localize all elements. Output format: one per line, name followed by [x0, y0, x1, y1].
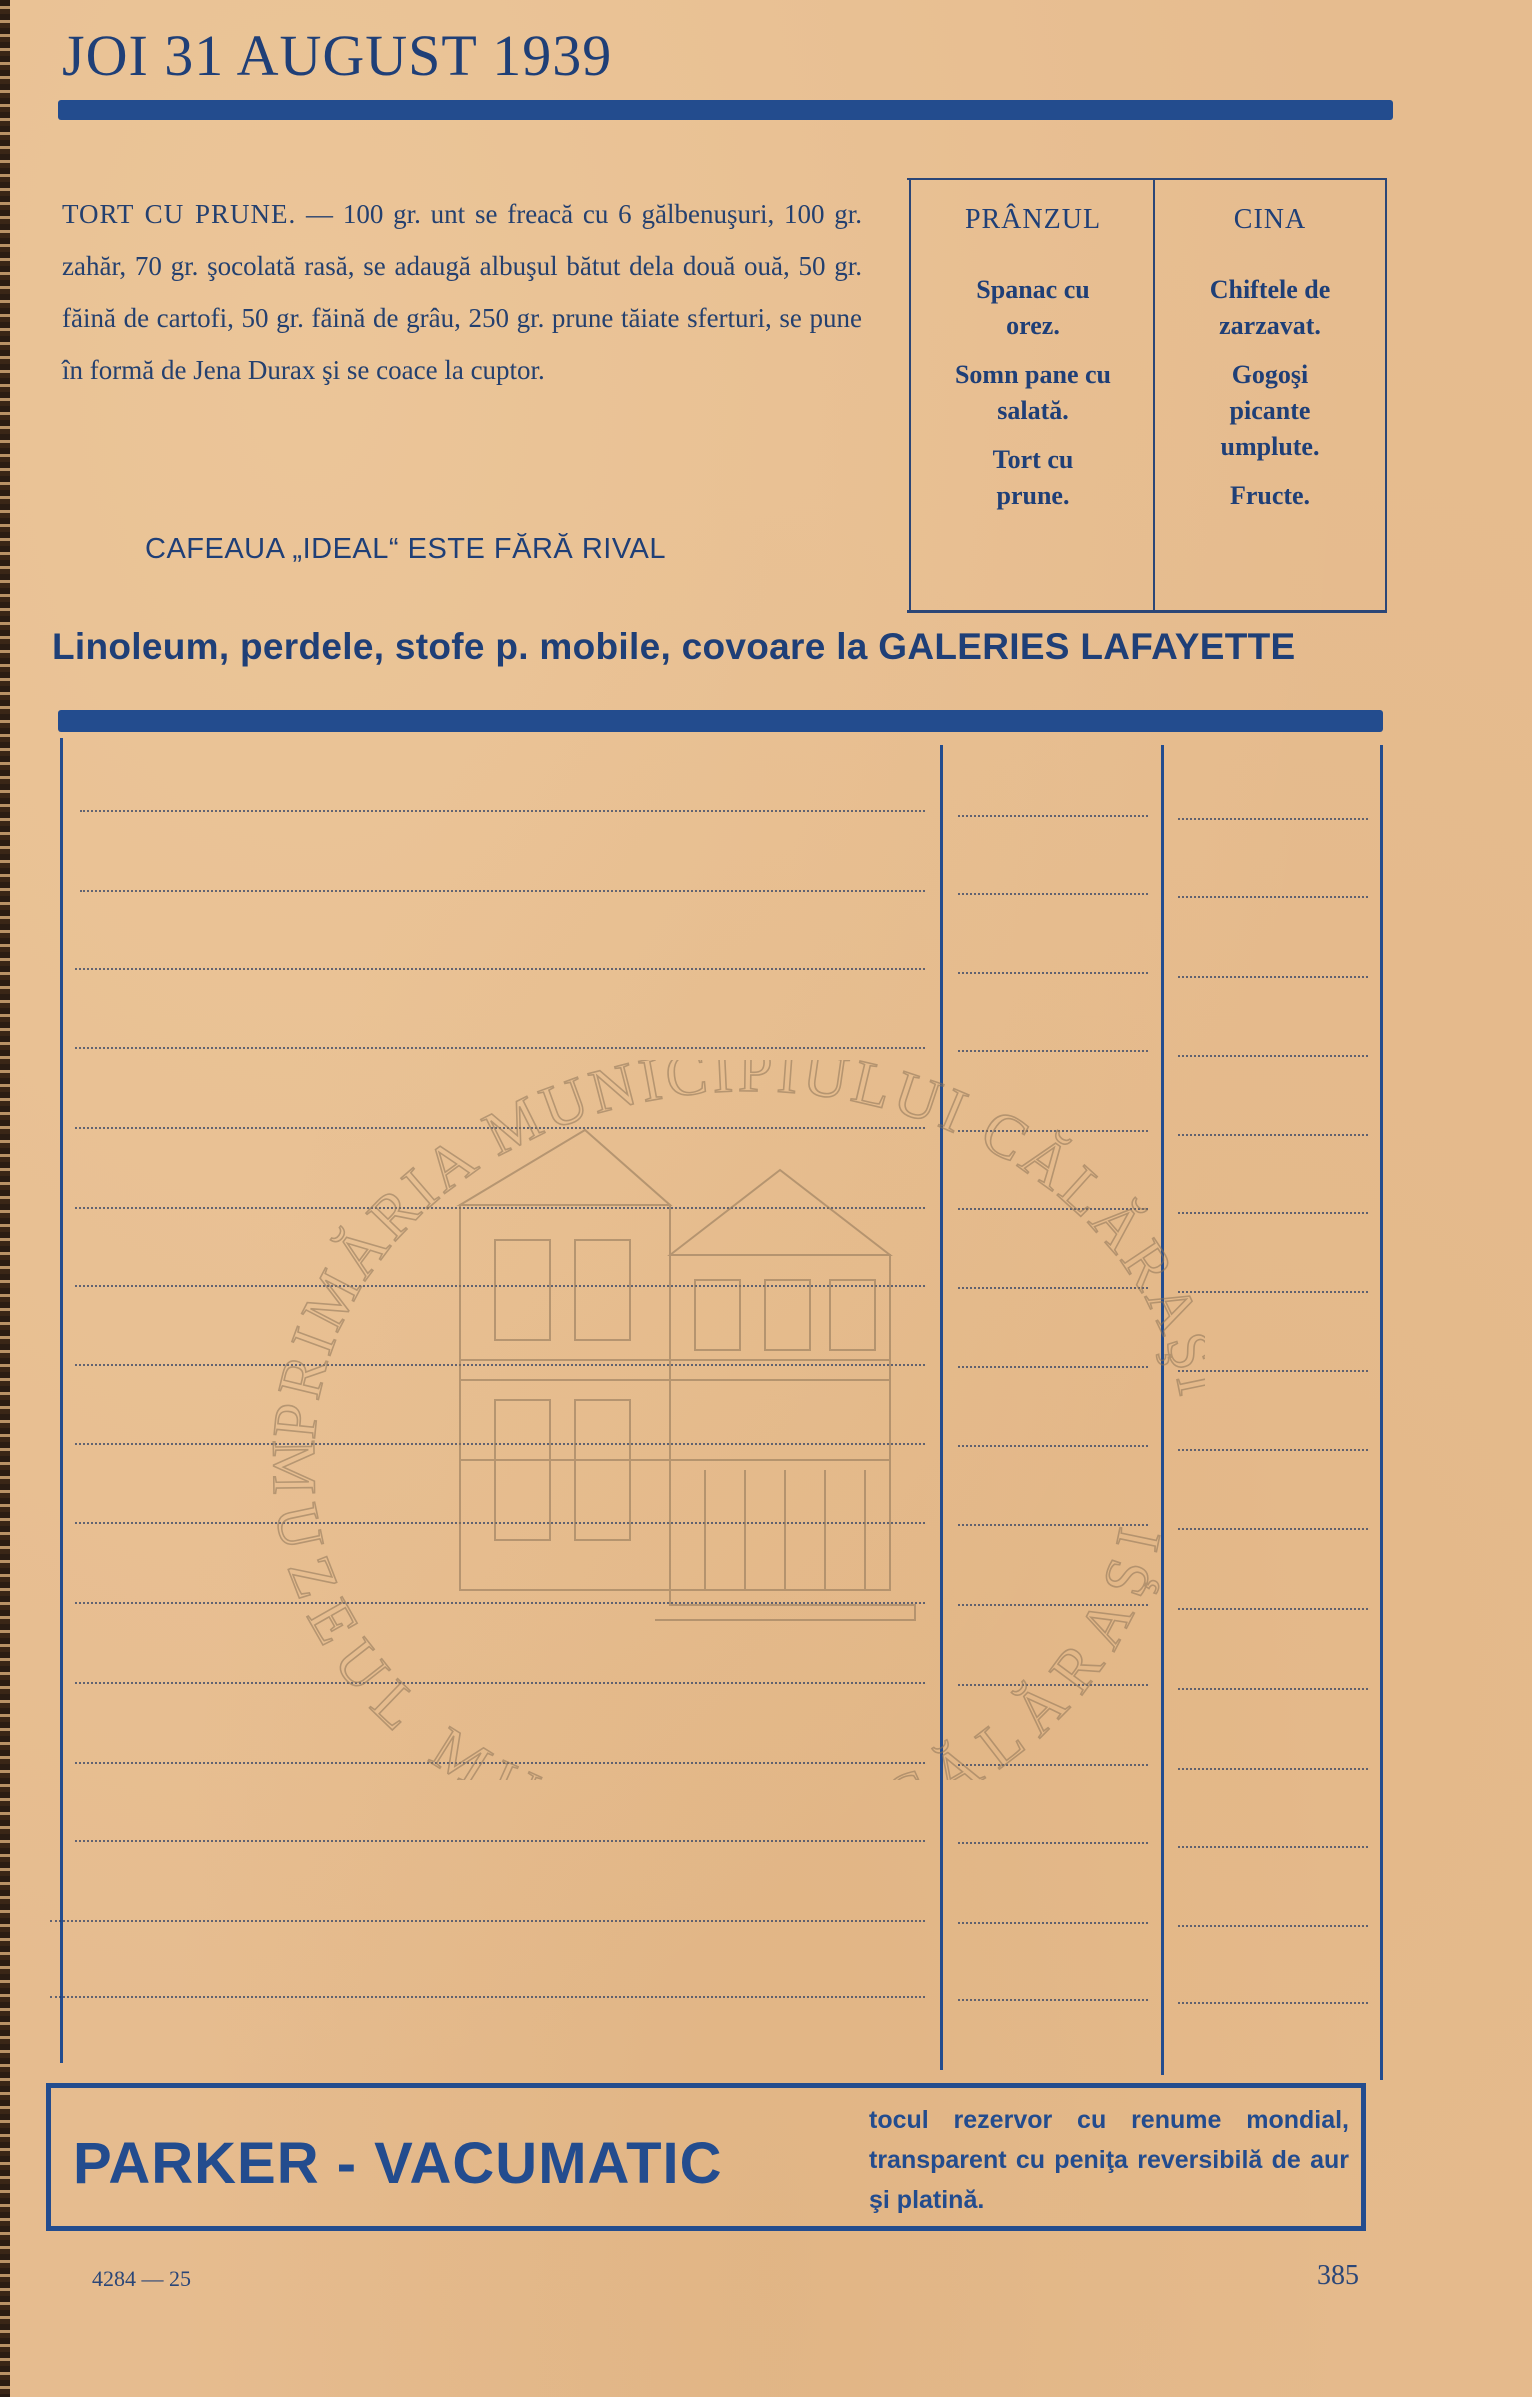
ledger-line [1178, 976, 1368, 978]
ledger-line [1178, 1291, 1368, 1293]
page-number: 385 [1317, 2260, 1359, 2292]
building-icon [460, 1130, 915, 1620]
stamp-top-text: PRIMĂRIA MUNICIPIULUI CĂLĂRAŞI [261, 1060, 1205, 1441]
lunch-dish: Tort cu prune. [917, 442, 1149, 514]
ledger-line [1178, 1768, 1368, 1770]
book-binding-edge [0, 0, 10, 2397]
lafayette-advertisement: Linoleum, perdele, stofe p. mobile, covo… [52, 626, 1296, 668]
ledger-line [80, 810, 925, 812]
menu-divider [1153, 180, 1155, 610]
embossed-museum-stamp: PRIMĂRIA MUNICIPIULUI CĂLĂRAŞI MUZEUL MU… [255, 1060, 1205, 1780]
menu-left-border [909, 180, 911, 610]
parker-advertisement: PARKER - VACUMATIC tocul rezervor cu ren… [46, 2083, 1366, 2231]
parker-brand-title: PARKER - VACUMATIC [73, 2130, 723, 2197]
ledger-line [1178, 1846, 1368, 1848]
stamp-bottom-text: MUZEUL MUNICIPAL CĂLĂRAŞI [259, 1439, 1177, 1780]
ledger-top-rule [58, 710, 1383, 732]
ledger-line [1178, 1925, 1368, 1927]
ledger-line [1178, 896, 1368, 898]
svg-text:MUZEUL MUNICIPAL CĂLĂRAŞI: MUZEUL MUNICIPAL CĂLĂRAŞI [259, 1439, 1177, 1780]
lunch-dish: Spanac cu orez. [917, 272, 1149, 344]
title-underline-rule [58, 100, 1393, 120]
ledger-line [75, 1047, 925, 1049]
ledger-line [1178, 2002, 1368, 2004]
ledger-line [75, 1840, 925, 1842]
ledger-line [1178, 1134, 1368, 1136]
menu-lunch-column: PRÂNZUL Spanac cu orez. Somn pane cu sal… [917, 202, 1149, 527]
dinner-dish: Chiftele de zarzavat. [1159, 272, 1381, 344]
dinner-heading: CINA [1159, 202, 1381, 238]
ledger-line [80, 890, 925, 892]
ledger-line [75, 968, 925, 970]
ledger-line [958, 1050, 1148, 1052]
ledger-line [958, 972, 1148, 974]
ledger-line [958, 1922, 1148, 1924]
ledger-line [1178, 1055, 1368, 1057]
lunch-heading: PRÂNZUL [917, 202, 1149, 238]
ledger-line [958, 1999, 1148, 2001]
dinner-dish: Gogoşi picante umplute. [1159, 357, 1381, 465]
ledger-line [1178, 1528, 1368, 1530]
menu-right-border [1385, 180, 1387, 610]
lunch-dish: Somn pane cu salată. [917, 357, 1149, 429]
menu-dinner-column: CINA Chiftele de zarzavat. Gogoşi picant… [1159, 202, 1381, 527]
coffee-slogan: CAFEAUA „IDEAL“ ESTE FĂRĂ RIVAL [145, 533, 666, 566]
ledger-line [50, 1996, 925, 1998]
ledger-line [1178, 1608, 1368, 1610]
recipe-text: TORT CU PRUNE. — 100 gr. unt se freacă c… [62, 188, 862, 396]
print-code: 4284 — 25 [92, 2266, 191, 2292]
ledger-line [958, 1842, 1148, 1844]
ledger-line [50, 1920, 925, 1922]
ledger-line [1178, 1688, 1368, 1690]
svg-text:PRIMĂRIA MUNICIPIULUI CĂLĂRAŞI: PRIMĂRIA MUNICIPIULUI CĂLĂRAŞI [261, 1060, 1205, 1441]
ledger-line [1178, 818, 1368, 820]
recipe-heading: TORT CU PRUNE. [62, 199, 296, 229]
ledger-left-border [60, 738, 63, 2063]
daily-menu-box: PRÂNZUL Spanac cu orez. Somn pane cu sal… [907, 178, 1387, 613]
ledger-line [1178, 1449, 1368, 1451]
ledger-line [958, 893, 1148, 895]
dinner-dish: Fructe. [1159, 478, 1381, 514]
page-title-date: JOI 31 AUGUST 1939 [62, 22, 612, 89]
ledger-line [1178, 1212, 1368, 1214]
ledger-right-border [1380, 745, 1383, 2080]
parker-description: tocul rezervor cu renume mondial, transp… [869, 2100, 1349, 2220]
ledger-line [1178, 1370, 1368, 1372]
ledger-line [958, 815, 1148, 817]
